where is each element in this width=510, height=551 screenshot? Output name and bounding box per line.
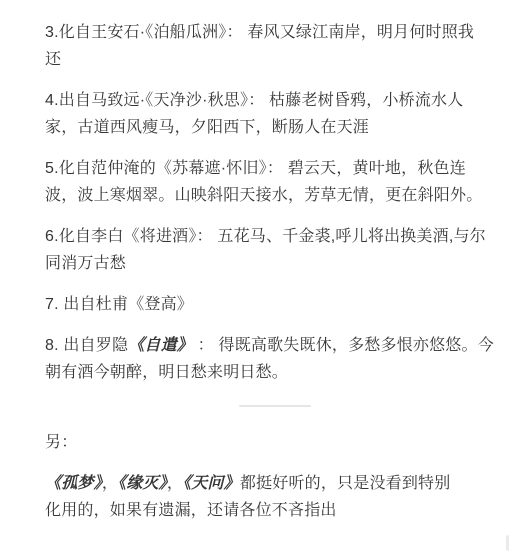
text-segment: 7. 出自杜甫《登高》 xyxy=(45,296,193,313)
paragraph: 8. 出自罗隐《自遣》 ： 得既高歌失既休，多愁多恨亦悠悠。今 朝有酒今朝醉，明… xyxy=(45,332,494,386)
text-segment: ， xyxy=(167,475,183,492)
paragraph: 3.化自王安石·《泊船瓜洲》： 春风又绿江南岸，明月何时照我 还 xyxy=(45,19,494,73)
paragraph: 4.出自马致远·《天净沙·秋思》： 枯藤老树昏鸦，小桥流水人 家，古道西风瘦马，… xyxy=(45,87,494,141)
paragraph: 6.化自李白《将进酒》： 五花马、千金裘,呼儿将出换美酒,与尔 同消万古愁 xyxy=(45,223,494,277)
text-segment: 3.化自王安石·《泊船瓜洲》： 春风又绿江南岸，明月何时照我 还 xyxy=(45,24,474,68)
paragraph: 5.化自范仲淹的《苏幕遮·怀旧》： 碧云天，黄叶地，秋色连 波，波上寒烟翠。山映… xyxy=(45,155,494,209)
song-title-emphasis: 《缘灭》 xyxy=(118,475,167,492)
text-segment: 8. 出自罗隐 xyxy=(45,337,128,354)
paragraph: 《孤梦》，《缘灭》，《天问》都挺好听的，只是没看到特别 化用的，如果有遗漏，还请… xyxy=(45,470,494,524)
song-title-emphasis: 《天问》 xyxy=(183,475,240,492)
section-divider xyxy=(239,405,311,407)
text-segment: 5.化自范仲淹的《苏幕遮·怀旧》： 碧云天，黄叶地，秋色连 波，波上寒烟翠。山映… xyxy=(45,160,482,204)
scrollbar-thumb[interactable] xyxy=(506,535,509,551)
song-title-emphasis: 《孤梦》 xyxy=(45,475,102,492)
text-segment: 4.出自马致远·《天净沙·秋思》： 枯藤老树昏鸦，小桥流水人 家，古道西风瘦马，… xyxy=(45,92,463,136)
text-segment: 另： xyxy=(45,434,77,451)
text-segment: ， xyxy=(102,475,118,492)
paragraph: 另： xyxy=(45,429,494,456)
song-title-emphasis: 《自遣》 xyxy=(128,337,193,354)
comment-text-area: 3.化自王安石·《泊船瓜洲》： 春风又绿江南岸，明月何时照我 还4.出自马致远·… xyxy=(0,0,510,524)
paragraph: 7. 出自杜甫《登高》 xyxy=(45,291,494,318)
text-segment: 6.化自李白《将进酒》： 五花马、千金裘,呼儿将出换美酒,与尔 同消万古愁 xyxy=(45,228,486,272)
